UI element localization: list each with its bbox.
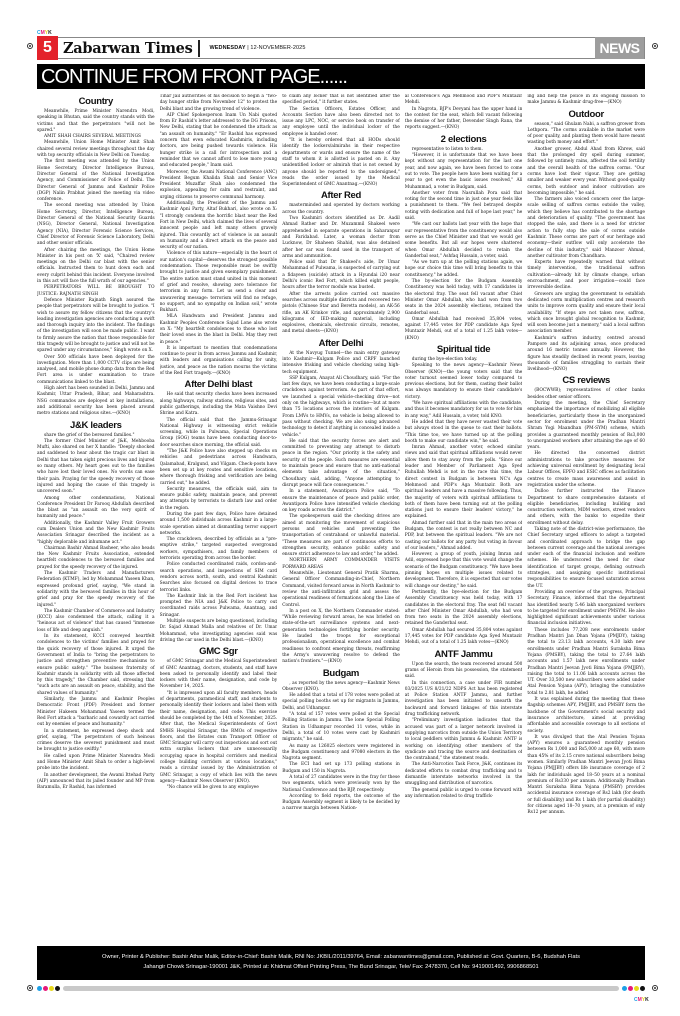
paragraph: Taking note of the district-wise perform… [527,527,645,590]
yellow-dot-icon [634,986,639,991]
paragraph: Similarly, the Jammu and Kashmir Peoples… [37,697,155,728]
paragraph: Defence Minister Rajnath Singh assured t… [37,298,155,355]
column-3: to claim any locker that is not identifi… [282,94,400,946]
subheading: NORTHERN ARMY COMMANDER VISITS FORWARD A… [282,558,400,571]
paragraph: "No chance will be given to any employee [160,785,278,791]
paragraph: He directed the concerned district admin… [527,451,645,489]
dateline: WEDNESDAY | 12-NOVEMBER-2025 [209,45,305,51]
paragraph: In a post on X, the Northern Commander s… [282,609,400,666]
column-4: al Conference's Aga Mehmood and PDP's Mu… [405,94,523,946]
paragraph: The farmers also voiced concern over the… [527,197,645,260]
yellow-dot-icon [49,986,54,991]
paragraph: Additionally, the President of the Jammu… [160,201,278,251]
page-number: 5 [37,36,58,60]
paragraph: However, a group of youth, joining Imran… [405,552,523,590]
section-heading: GMC Sgr [160,645,278,658]
paragraph: Security measures, the officials said, a… [160,487,278,512]
imprint-line-1: Owner, Printer & Publisher: Bashir Athar… [37,952,645,962]
paragraph: It was divulged that the Atal Pension Yo… [527,735,645,817]
paragraph: He said that security checks have been i… [160,392,278,417]
dateline-day: WEDNESDAY [209,45,245,51]
paragraph: High alert has been sounded in Delhi, Ja… [37,386,155,417]
paragraph: Ahmad further said that in the main two … [405,521,523,552]
dateline-date: 12-NOVEMBER-2025 [250,45,305,51]
section-heading: After Delhi blast [160,378,278,391]
section-heading: After Red [282,189,400,202]
paragraph: In a statement, Awantipora Police said, … [282,489,400,514]
paragraph: He added that a total of 178 votes were … [282,693,400,712]
column-1: CountryMeanwhile, Prime Minister Narendr… [37,94,155,946]
paragraph: Pertinently, the bye-election for the Bu… [405,590,523,628]
paragraph: In its statement, KCCI conveyed heartfel… [37,634,155,697]
paragraph: The general public is urged to come forw… [405,788,523,801]
paragraph: It was explained during the meeting that… [527,697,645,735]
section-heading: Country [37,95,155,108]
paragraph: The second meeting was attended by Union… [37,203,155,247]
paragraph: Growers are urging the government to est… [527,292,645,336]
magenta-dot-icon [628,986,633,991]
paragraph: According to field reports, the outcome … [282,794,400,813]
section-heading: CS reviews [527,374,645,387]
paragraph: Tihar Jail authorities of his decision t… [160,94,278,113]
paragraph: Another grower, Abdul Ahad from Khrew, s… [527,147,645,197]
paragraph: "Preliminary investigation indicates tha… [405,718,523,762]
paragraph: MLA Handwara and President Jammu and Kas… [160,314,278,345]
column-2: Tihar Jail authorities of his decision t… [160,94,278,946]
paragraph: SSP Kulgam, Anayat Ali Choudhary, said: … [282,376,400,439]
section-tag: NEWS [595,37,644,59]
paragraph: Two Kashmiri doctors identified as Dr. A… [282,216,400,260]
paragraph: al Conference's Aga Mehmood and PDP's Mu… [405,94,523,107]
section-heading: 2 elections [405,133,523,146]
paragraph: Among other condemnations, National Conf… [37,496,155,521]
paragraph: Experts have repeatedly warned that with… [527,260,645,291]
registration-mark-icon [27,43,33,49]
magenta-dot-icon [43,986,48,991]
paragraph: Upon the search, the team recovered arou… [405,662,523,681]
cmyk-label-bottom: CMYK [634,997,649,1003]
paragraph: Imran Ahmad, another voter, echoed simil… [405,445,523,521]
paragraph: During the meeting, the Chief Secretary … [527,401,645,451]
section-heading: Outdoor [527,108,645,121]
paragraph: Meanwhile, Lieutenant General Pratik Sha… [282,571,400,609]
paper-name: Zabarwan Times [63,40,192,57]
cmyk-k: K [645,997,649,1003]
grey-bar [63,986,619,991]
paragraph: (BOCWWB); representatives of other banks… [527,388,645,401]
paragraph: Kashmir's saffron industry, centred arou… [527,336,645,374]
paragraph: AIP Chief Spokesperson Inam Un Nabi quot… [160,113,278,170]
paragraph: Providing an overview of the progress, P… [527,590,645,628]
section-heading: ANTF Jammu [405,648,523,661]
paragraph: season," said Ghulam Nabi, a saffron gro… [527,122,645,147]
paragraph: The former Chief Minister of J&K, Mehboo… [37,439,155,496]
black-dot-icon [640,986,645,991]
paragraph: Additionally, the Kashmir Valley Fruit G… [37,521,155,546]
paragraph: "It is hereby ordered that all HODs shou… [282,138,400,188]
article-columns: CountryMeanwhile, Prime Minister Narendr… [37,94,645,946]
paragraph: These includes 77,208 new enrolments und… [527,628,645,697]
page-banner: CONTINUE FROM FRONT PAGE...... [37,64,645,89]
paragraph: The Section Officers, Estates Officer, a… [282,107,400,138]
paragraph: In a statement, he expressed deep shock … [37,729,155,754]
paragraph: At the Navyug Tunnel—the main entry gate… [282,351,400,376]
section-heading: After Delhi [282,337,400,350]
subheading: PERPETRATORS WILL BE BROUGHT TO JUSTICE:… [37,285,155,298]
paragraph: Police conducted coordinated raids, cord… [160,562,278,593]
paragraph: The ECI had set up 173 polling stations … [282,762,400,775]
registration-mark-icon [27,985,33,991]
imprint-line-2: Jahangir Chowk Srinagar-190001 J&K, Prin… [37,962,645,972]
paragraph: , as reported by the news agency—Kashmir… [282,681,400,694]
paragraph: Speaking to the news agency—Kashmir News… [405,363,523,401]
paragraph: He added that they have never wasted the… [405,420,523,445]
masthead-divider [198,40,200,57]
paragraph: "As we turn up at the polling stations a… [405,260,523,279]
paragraph: Dulloo further instructed the Finance De… [527,489,645,527]
column-5: ing and help the police in its ongoing m… [527,94,645,946]
paragraph: Moreover, the Awami National Conference … [160,170,278,201]
paragraph: to claim any locker that is not identifi… [282,94,400,107]
registration-mark-icon [652,43,658,49]
paragraph: "We have spiritual affiliations with the… [405,401,523,420]
paragraph: In another development, the Awami Itteha… [37,773,155,792]
black-dot-icon [55,986,60,991]
section-heading: J&K leaders [37,419,155,432]
paragraph: Violence of this nature—especially in th… [160,251,278,314]
paragraph: Police said that Dr Shakeel's aide, Dr U… [282,260,400,291]
cyan-dot-icon [37,986,42,991]
paragraph: "We cast our ballots last year with the … [405,222,523,260]
paragraph: A total of 27 candidates were in the fra… [282,775,400,794]
paragraph: The official said that the Jammu-Srinaga… [160,418,278,449]
paragraph: He said that the security forces are ale… [282,439,400,489]
paragraph: The Kashmir Chamber of Commerce and Indu… [37,609,155,634]
paragraph: The crackdown, described by officials as… [160,537,278,562]
paragraph: "It is impressed upon all faculty member… [160,691,278,785]
paragraph: In Nagrota, BJP's Devyani has the upper … [405,107,523,132]
paragraph: Chairman Bashir Ahmad Basheer, who also … [37,546,155,571]
paragraph: of GMC Srinagar and the Medical Superint… [160,659,278,690]
paragraph: ing and help the police in its ongoing m… [527,94,645,107]
paragraph: Multiple suspects are being questioned, … [160,619,278,644]
paragraph: Over 500 officials have been deployed fo… [37,355,155,386]
section-heading: Spiritual tide [405,343,523,356]
paragraph: "A total of 157 votes were polled at the… [282,712,400,743]
color-calibration-bar [37,985,645,991]
imprint-footer: Owner, Printer & Publisher: Bashir Athar… [37,946,645,980]
paragraph: Meanwhile, Prime Minister Narendra Modi,… [37,109,155,134]
paragraph: As many as 126025 electors were register… [282,744,400,763]
registration-mark-icon [652,985,658,991]
paragraph: The spokesperson said the checking drive… [282,514,400,558]
section-heading: Budgam [282,667,400,680]
paragraph: Another voter from Nasrullah Pora said t… [405,191,523,222]
paragraph: The Kashmir link in the Red Fort inciden… [160,594,278,619]
paragraph: "However, it is unfortunate that we have… [405,153,523,191]
paragraph: The Kashmir Traders and Manufacturers Fe… [37,571,155,609]
paragraph: The first meeting was attended by the Un… [37,159,155,203]
paragraph: Omar Abdullah had received 35,804 votes,… [405,317,523,342]
paragraph: During the past few days, Police have de… [160,512,278,537]
paragraph: After chairing the meetings, the Union H… [37,248,155,286]
paragraph: Meanwhile, Union Home Minister Amit Shah… [37,140,155,159]
paragraph: The Anti-Narcotics Task Force, J&K, cont… [405,762,523,787]
paragraph: He called upon Prime Minister Narendra M… [37,754,155,773]
paragraph: It is important to mention that condemna… [160,346,278,377]
masthead: 5 Zabarwan Times WEDNESDAY | 12-NOVEMBER… [37,37,645,59]
paragraph: "The J&K Police have also stepped up che… [160,449,278,487]
paragraph: The by-election for the Budgam Assembly … [405,279,523,317]
cyan-dot-icon [622,986,627,991]
paragraph: Omar Abdullah had secured 35,804 votes a… [405,628,523,647]
paragraph: In this connection, a case under FIR num… [405,681,523,719]
paragraph: After the arrests police carried out mas… [282,292,400,336]
paragraph: masterminded and operated by doctors wor… [282,203,400,216]
